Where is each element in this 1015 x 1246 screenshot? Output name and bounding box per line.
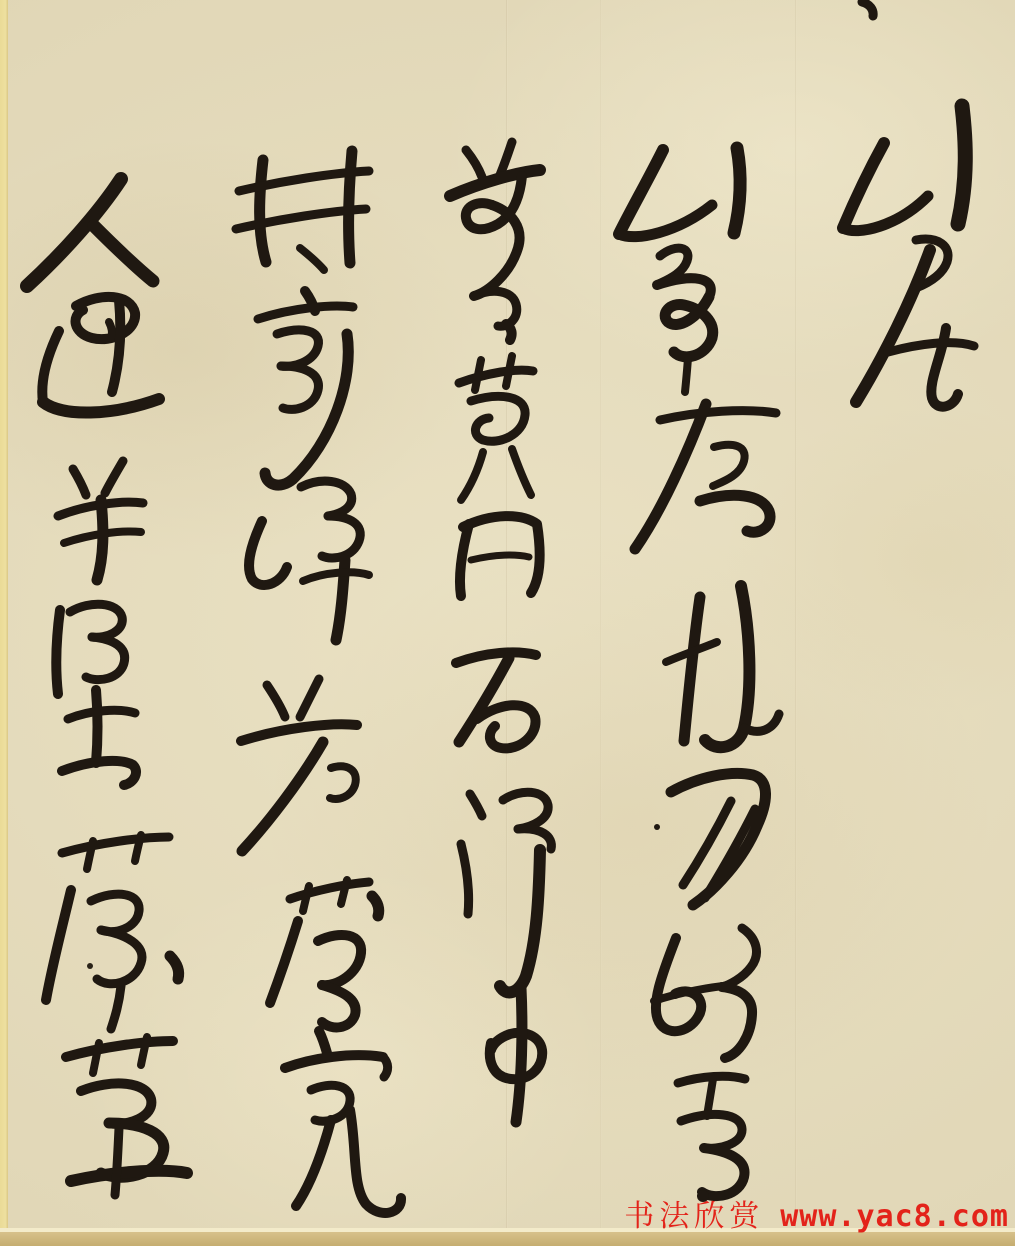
calligraphy-column-2: 山鳥屢飛勿好音 bbox=[608, 138, 716, 1218]
calligraphy-column-3: 萬黃白石淨中 bbox=[440, 132, 540, 1132]
watermark: 书法欣赏 www.yac8.com bbox=[624, 1191, 1009, 1235]
calligraphy-column-4: 林高峯巖花寬 bbox=[228, 142, 340, 1232]
calligraphy-column-5: 人過半壁薜蘿 bbox=[18, 170, 130, 1210]
watermark-site-name: 书法欣赏 bbox=[624, 1191, 764, 1235]
watermark-site-url: www.yac8.com bbox=[780, 1199, 1009, 1234]
calligraphy-title-column: 山居 bbox=[830, 95, 942, 425]
calligraphy-scan: 山居 山鳥屢飛勿好音 萬黃白石淨中 林高峯巖花寬 人過半壁薜蘿 书法欣赏 www… bbox=[0, 0, 1015, 1246]
